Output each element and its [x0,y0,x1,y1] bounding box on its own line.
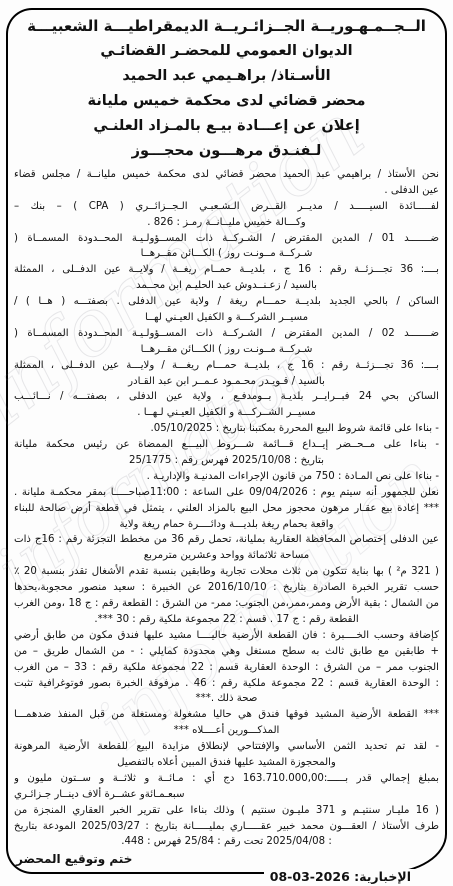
document-header: الــجــمـهـوريــة الجــزائـريــة الديمقر… [9,10,444,164]
header-office-title: الديوان العمومي للمحضـر القضائـي [9,39,444,64]
body-line: القطعة رقم : ج 17 . قسم : 22 مجموعة ملكي… [14,612,439,628]
body-line: ( 321 م² ) بها بناية تتكون من ثلاث محلات… [14,564,439,580]
body-line: لفـــــائدة السيـــــد / مديــر القــرض … [14,199,439,215]
body-line: - بناءا على قائمة شروط البيع المحررة بمك… [14,421,439,437]
body-line: مسيــر الشــركـــة و الكفيل العيـني لـهـ… [14,405,439,421]
header-bailiff-name: الأسـتاذ/ براهـيمي عبد الحميد [9,64,444,89]
stamp-signature-label: ختم وتوقيع المحضر [16,852,132,866]
body-line: ضـــــــد 01 / المدين المقترض / الشـركــ… [14,231,439,247]
body-line: ( 16 مليـار سنتيـم و 371 مليـون سنتيم ) … [14,803,439,819]
body-line: عين الدفلى . [14,183,439,199]
body-line: بــــ: 36 تجـــزئــة رقم : 16 ج ، بلديــ… [14,358,439,374]
body-line: الساكن بحي 24 فبــرايــر بلديـة بــومدفـ… [14,389,439,405]
body-line: صحة ذلك .*** [14,691,439,707]
body-line: : الوحدة العقارية قسم : 22 مجموعة ملكية … [14,676,439,692]
body-line: مسيــر الشركـــة و الكفيل العيـني لهــا [14,310,439,326]
body-line: عين الدفلى إختصاص المحافظة العقارية بملي… [14,532,439,548]
body-line: الساكن / بالحي الجديد بلديــة حمـــام ري… [14,294,439,310]
body-line: سبعـمـائةو عشــرة ألاف دينــار جـزائـري [14,787,439,803]
body-line: طرف الأستاذ / العقـــون محمد خبير عقــــ… [14,819,439,835]
body-line: بــــ: 36 تجـــزئــة رقم : 16 ج ، بلديــ… [14,262,439,278]
body-line: نعلن للجمهور أنه سيتم يوم : 09/04/2026 ع… [14,485,439,501]
body-line: بالسيد / زعـنــدوش عبد الحليـم ابن محــم… [14,278,439,294]
body-line: + طابقين مع طابق ثالث به سطح مستغل وهي م… [14,644,439,660]
body-line: - بناءا على مــحــضر إيــداع قـــائمة شـ… [14,437,439,453]
body-line: ضـــــــد 02 / المدين المقترض / الشـركــ… [14,326,439,342]
header-bailiff-role: محضر قضائي لدى محكمة خميس مليانة [9,89,444,114]
body-line: - لقد تم تحديد الثمن الأساسي والإفتتاحي … [14,739,439,755]
body-line: بتاريخ : 2025/10/08 فهرس رقم : 25/1775 [14,453,439,469]
body-line: واقعة بحمام ريغة بلديـــة ودائــــرة حما… [14,517,439,533]
body-line: شـركــة مــونـت روز ) الكـــائن مقــرهــ… [14,246,439,262]
body-line: نحن الأستاذ / براهيمي عبد الحميد محضر قض… [14,167,439,183]
body-text: نحن الأستاذ / براهيمي عبد الحميد محضر قض… [9,164,444,850]
header-republic-title: الــجــمـهـوريــة الجــزائـريــة الديمقر… [9,14,444,39]
header-announcement-subtitle: لـفنـدق مرهـــون محجـــوز [9,139,444,164]
newspaper-date-label: الإخبارية: 2026-03-08 [264,869,417,884]
body-line: والمحجوزة المشيد عليها فندق المبين أعلاه… [14,755,439,771]
body-line: *** القطعة الأرضية المشيد فوقها فندق هي … [14,707,439,723]
body-line: بمبلغ إجمالي قدر بــــــ:163.710.000,00 … [14,771,439,787]
body-line: الجنوب ممر – من الشرق : الوحدة العقارية … [14,660,439,676]
body-line: حسب تقرير الخبرة الصادرة بتاريخ : 2016/1… [14,580,439,596]
body-line: *** إعادة بيع عقـار مرهون محجوز محل البي… [14,501,439,517]
body-line: وكـــالة خميس مليــانــة رمـز : 826 . [14,215,439,231]
announcement-page: information information information الــ… [0,0,453,886]
body-line: : 2025/04/08 تحت رقم : 25/84 فهرس : 448. [14,834,439,850]
body-line: من الشمال : بقية الأرض وممر،ممر،من الجنو… [14,596,439,612]
body-line: شـركــة مــونـت روز ) الكـــائن مقــرهــ… [14,342,439,358]
document-content: الــجــمـهـوريــة الجــزائـريــة الديمقر… [9,10,444,872]
body-line: بالسيد / قـويـدر محـمـود عـمــر ابن عبد … [14,374,439,390]
body-line: المذكـــورين أعــــلاه *** [14,723,439,739]
header-announcement-title: إعلان عن إعـــادة بيـع بالمـزاد العلنـي [9,114,444,139]
body-line: - بناءا على نص المـادة : 750 من قانون ال… [14,469,439,485]
body-line: مساحة ثلاثمائة وواحد وعشرين مترمربع [14,548,439,564]
body-line: كإضافة وحسب الخــــبرة : فان القطعة الأر… [14,628,439,644]
